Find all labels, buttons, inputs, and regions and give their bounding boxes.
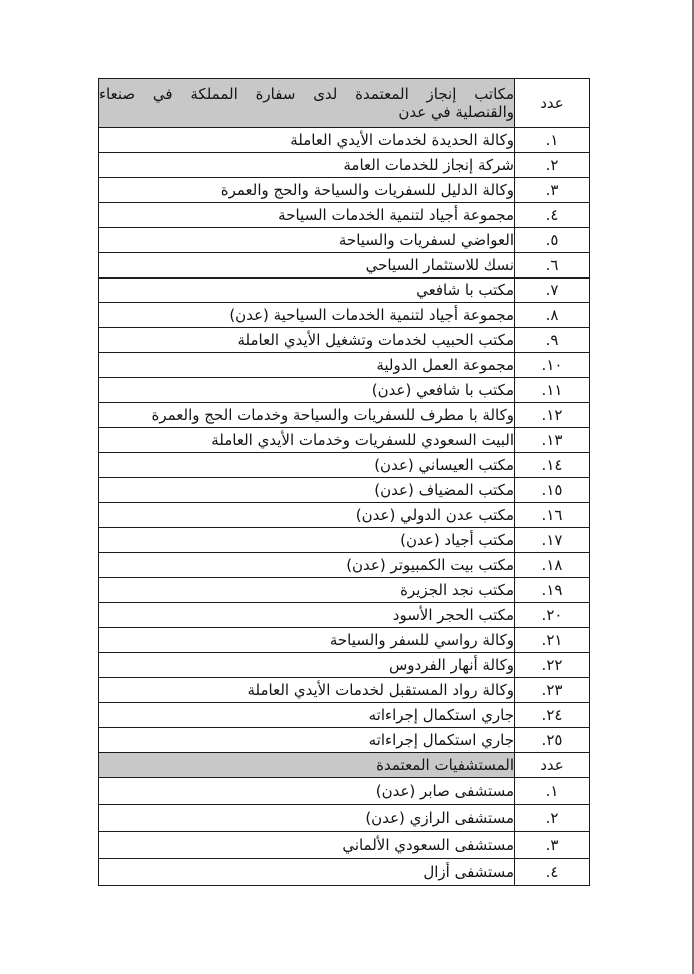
row-number-cell: ٢٣.	[515, 678, 590, 703]
row-text-cell: وكالة أنهار الفردوس	[99, 653, 515, 678]
row-text-cell: مجموعة أجياد لتنمية الخدمات السياحية (عد…	[99, 303, 515, 328]
row-text-cell: مكتب عدن الدولي (عدن)	[99, 503, 515, 528]
row-text-cell: مجموعة أجياد لتنمية الخدمات السياحة	[99, 203, 515, 228]
row-number-cell: ٤.	[515, 203, 590, 228]
offices-header-row: عدد مكاتب إنجاز المعتمدة لدى سفارة الممل…	[99, 79, 590, 128]
row-text-cell: مكتب الحبيب لخدمات وتشغيل الأيدي العاملة	[99, 328, 515, 353]
row-number-cell: ١٥.	[515, 478, 590, 503]
row-number-cell: ٣.	[515, 832, 590, 859]
row-text-cell: وكالة الحديدة لخدمات الأيدي العاملة	[99, 128, 515, 153]
row-number-cell: ٨.	[515, 303, 590, 328]
row-number-cell: ١.	[515, 778, 590, 805]
table-row: ٣. مستشفى السعودي الألماني	[99, 832, 590, 859]
table-row: ١٨. مكتب بيت الكمبيوتر (عدن)	[99, 553, 590, 578]
row-text-cell: مستشفى أزال	[99, 859, 515, 886]
row-text-cell: مكتب العيساني (عدن)	[99, 453, 515, 478]
row-number-cell: ١٢.	[515, 403, 590, 428]
row-number-cell: ٧.	[515, 278, 590, 303]
row-number-cell: ٢٢.	[515, 653, 590, 678]
row-number-cell: ١.	[515, 128, 590, 153]
table-row: ٥. العواضي لسفريات والسياحة	[99, 228, 590, 253]
row-text-cell: شركة إنجاز للخدمات العامة	[99, 153, 515, 178]
table-row: ٢١. وكالة رواسي للسفر والسياحة	[99, 628, 590, 653]
scanned-document-page: عدد مكاتب إنجاز المعتمدة لدى سفارة الممل…	[0, 0, 694, 974]
table-row: ٣. وكالة الدليل للسفريات والسياحة والحج …	[99, 178, 590, 203]
table-row: ٤. مجموعة أجياد لتنمية الخدمات السياحة	[99, 203, 590, 228]
row-text-cell: وكالة الدليل للسفريات والسياحة والحج وال…	[99, 178, 515, 203]
row-number-cell: ٦.	[515, 253, 590, 278]
table-row: ١٥. مكتب المضياف (عدن)	[99, 478, 590, 503]
row-number-cell: ١٩.	[515, 578, 590, 603]
table-row: ١٠. مجموعة العمل الدولية	[99, 353, 590, 378]
row-text-cell: مجموعة العمل الدولية	[99, 353, 515, 378]
table-row: ٢٠. مكتب الحجر الأسود	[99, 603, 590, 628]
table-row: ٦. نسك للاستثمار السياحي	[99, 253, 590, 278]
row-number-cell: ٢.	[515, 805, 590, 832]
table-row: ٢. شركة إنجاز للخدمات العامة	[99, 153, 590, 178]
row-text-cell: وكالة رواسي للسفر والسياحة	[99, 628, 515, 653]
offices-title-line-1: مكاتب إنجاز المعتمدة لدى سفارة المملكة ف…	[99, 85, 514, 103]
row-number-cell: ٢.	[515, 153, 590, 178]
row-text-cell: مكتب نجد الجزيرة	[99, 578, 515, 603]
row-text-cell: مكتب بيت الكمبيوتر (عدن)	[99, 553, 515, 578]
table-row: ٧. مكتب با شافعي	[99, 278, 590, 303]
row-number-cell: ٣.	[515, 178, 590, 203]
row-text-cell: مكتب المضياف (عدن)	[99, 478, 515, 503]
row-number-cell: ١٦.	[515, 503, 590, 528]
row-text-cell: البيت السعودي للسفريات وخدمات الأيدي الع…	[99, 428, 515, 453]
table-row: ٢٣. وكالة رواد المستقبل لخدمات الأيدي ال…	[99, 678, 590, 703]
row-text-cell: وكالة با مطرف للسفريات والسياحة وخدمات ا…	[99, 403, 515, 428]
row-text-cell: مكتب الحجر الأسود	[99, 603, 515, 628]
row-number-cell: ١٣.	[515, 428, 590, 453]
row-number-cell: ١١.	[515, 378, 590, 403]
table-row: ٢٤. جاري استكمال إجراءاته	[99, 703, 590, 728]
row-text-cell: مكتب با شافعي (عدن)	[99, 378, 515, 403]
table-row: ١٢. وكالة با مطرف للسفريات والسياحة وخدم…	[99, 403, 590, 428]
row-number-cell: ١٤.	[515, 453, 590, 478]
row-text-cell: العواضي لسفريات والسياحة	[99, 228, 515, 253]
hospitals-count-header-cell: عدد	[515, 753, 590, 778]
table-row: ٢. مستشفى الرازي (عدن)	[99, 805, 590, 832]
row-text-cell: مكتب با شافعي	[99, 278, 515, 303]
offices-title-cell: مكاتب إنجاز المعتمدة لدى سفارة المملكة ف…	[99, 79, 515, 128]
table-row: ١١. مكتب با شافعي (عدن)	[99, 378, 590, 403]
row-number-cell: ٢٥.	[515, 728, 590, 753]
row-text-cell: جاري استكمال إجراءاته	[99, 728, 515, 753]
table-row: ٤. مستشفى أزال	[99, 859, 590, 886]
row-number-cell: ١٠.	[515, 353, 590, 378]
table-row: ١٧. مكتب أجياد (عدن)	[99, 528, 590, 553]
accredited-entities-table: عدد مكاتب إنجاز المعتمدة لدى سفارة الممل…	[98, 78, 590, 886]
row-number-cell: ٢٤.	[515, 703, 590, 728]
row-text-cell: مستشفى الرازي (عدن)	[99, 805, 515, 832]
table-row: ١٤. مكتب العيساني (عدن)	[99, 453, 590, 478]
row-number-cell: ١٧.	[515, 528, 590, 553]
row-number-cell: ٢١.	[515, 628, 590, 653]
row-number-cell: ١٨.	[515, 553, 590, 578]
row-number-cell: ٩.	[515, 328, 590, 353]
table-row: ١٣. البيت السعودي للسفريات وخدمات الأيدي…	[99, 428, 590, 453]
row-number-cell: ٥.	[515, 228, 590, 253]
table-row: ١. وكالة الحديدة لخدمات الأيدي العاملة	[99, 128, 590, 153]
offices-title-line-2: والقنصلية في عدن	[99, 103, 514, 121]
row-text-cell: نسك للاستثمار السياحي	[99, 253, 515, 278]
offices-count-header-cell: عدد	[515, 79, 590, 128]
table-row: ٢٥. جاري استكمال إجراءاته	[99, 728, 590, 753]
table-row: ٢٢. وكالة أنهار الفردوس	[99, 653, 590, 678]
row-text-cell: جاري استكمال إجراءاته	[99, 703, 515, 728]
row-text-cell: مستشفى السعودي الألماني	[99, 832, 515, 859]
row-number-cell: ٢٠.	[515, 603, 590, 628]
hospitals-header-row: عدد المستشفيات المعتمدة	[99, 753, 590, 778]
hospitals-title-cell: المستشفيات المعتمدة	[99, 753, 515, 778]
table-row: ١. مستشفى صابر (عدن)	[99, 778, 590, 805]
row-number-cell: ٤.	[515, 859, 590, 886]
table-row: ١٦. مكتب عدن الدولي (عدن)	[99, 503, 590, 528]
table-row: ١٩. مكتب نجد الجزيرة	[99, 578, 590, 603]
row-text-cell: مستشفى صابر (عدن)	[99, 778, 515, 805]
table-row: ٨. مجموعة أجياد لتنمية الخدمات السياحية …	[99, 303, 590, 328]
table-row: ٩. مكتب الحبيب لخدمات وتشغيل الأيدي العا…	[99, 328, 590, 353]
row-text-cell: وكالة رواد المستقبل لخدمات الأيدي العامل…	[99, 678, 515, 703]
row-text-cell: مكتب أجياد (عدن)	[99, 528, 515, 553]
